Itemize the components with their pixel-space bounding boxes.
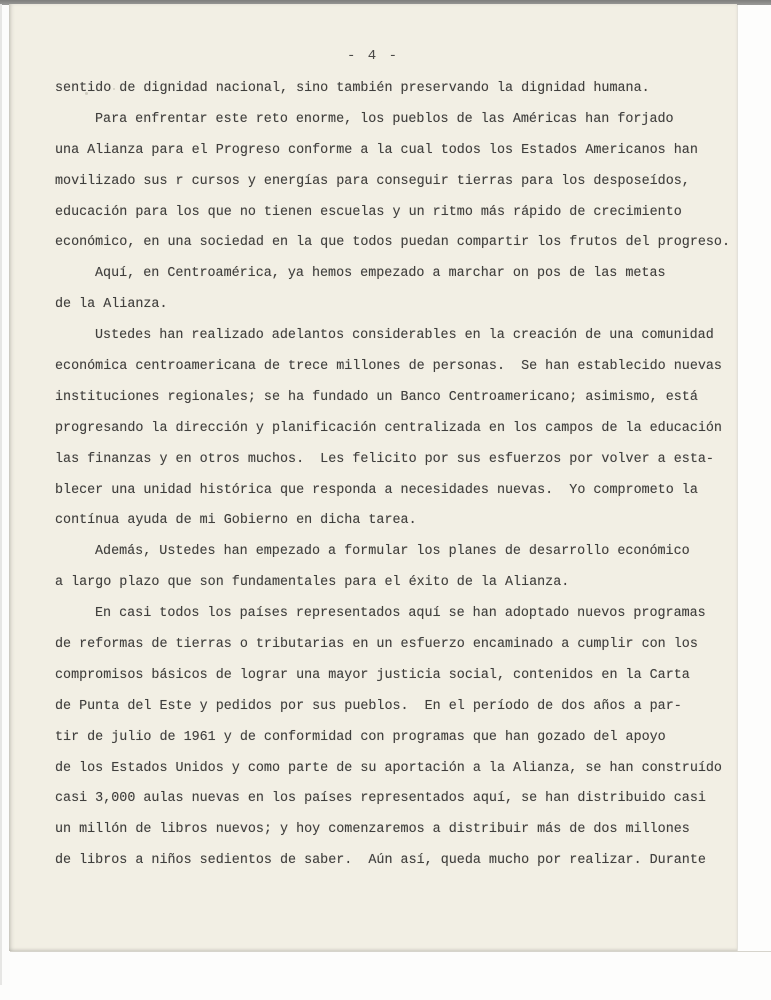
- text-line: un millón de libros nuevos; y hoy comenz…: [55, 815, 741, 846]
- text-line: casi 3,000 aulas nuevas en los países re…: [55, 784, 741, 815]
- text-line: económico, en una sociedad en la que tod…: [55, 228, 741, 259]
- document-text: sentido de dignidad nacional, sino tambi…: [55, 74, 741, 877]
- text-line: instituciones regionales; se ha fundado …: [55, 383, 741, 414]
- text-line: En casi todos los países representados a…: [55, 599, 741, 630]
- text-line: sentido de dignidad nacional, sino tambi…: [55, 74, 741, 105]
- text-line: educación para los que no tienen escuela…: [55, 198, 741, 229]
- text-line: Para enfrentar este reto enorme, los pue…: [55, 105, 741, 136]
- page-number: - 4 -: [9, 48, 737, 64]
- text-line: una Alianza para el Progreso conforme a …: [55, 136, 741, 167]
- text-line: a largo plazo que son fundamentales para…: [55, 568, 741, 599]
- text-line: económica centroamericana de trece millo…: [55, 352, 741, 383]
- text-line: movilizado sus r cursos y energías para …: [55, 167, 741, 198]
- underlying-sheet: [10, 951, 771, 1000]
- text-line: Además, Ustedes han empezado a formular …: [55, 537, 741, 568]
- text-line: compromisos básicos de lograr una mayor …: [55, 661, 741, 692]
- text-line: Ustedes han realizado adelantos consider…: [55, 321, 741, 352]
- text-line: de libros a niños sedientos de saber. Aú…: [55, 846, 741, 877]
- text-line: las finanzas y en otros muchos. Les feli…: [55, 445, 741, 476]
- text-line: blecer una unidad histórica que responda…: [55, 476, 741, 507]
- text-line: contínua ayuda de mi Gobierno en dicha t…: [55, 506, 741, 537]
- text-line: de Punta del Este y pedidos por sus pueb…: [55, 692, 741, 723]
- text-line: progresando la dirección y planificación…: [55, 414, 741, 445]
- text-line: de reformas de tierras o tributarias en …: [55, 630, 741, 661]
- typewritten-page: - 4 - sentido de dignidad nacional, sino…: [9, 4, 737, 951]
- text-line: de la Alianza.: [55, 290, 741, 321]
- scan-right-background: [737, 5, 771, 951]
- text-line: Aquí, en Centroamérica, ya hemos empezad…: [55, 259, 741, 290]
- text-line: de los Estados Unidos y como parte de su…: [55, 754, 741, 785]
- text-line: tir de julio de 1961 y de conformidad co…: [55, 723, 741, 754]
